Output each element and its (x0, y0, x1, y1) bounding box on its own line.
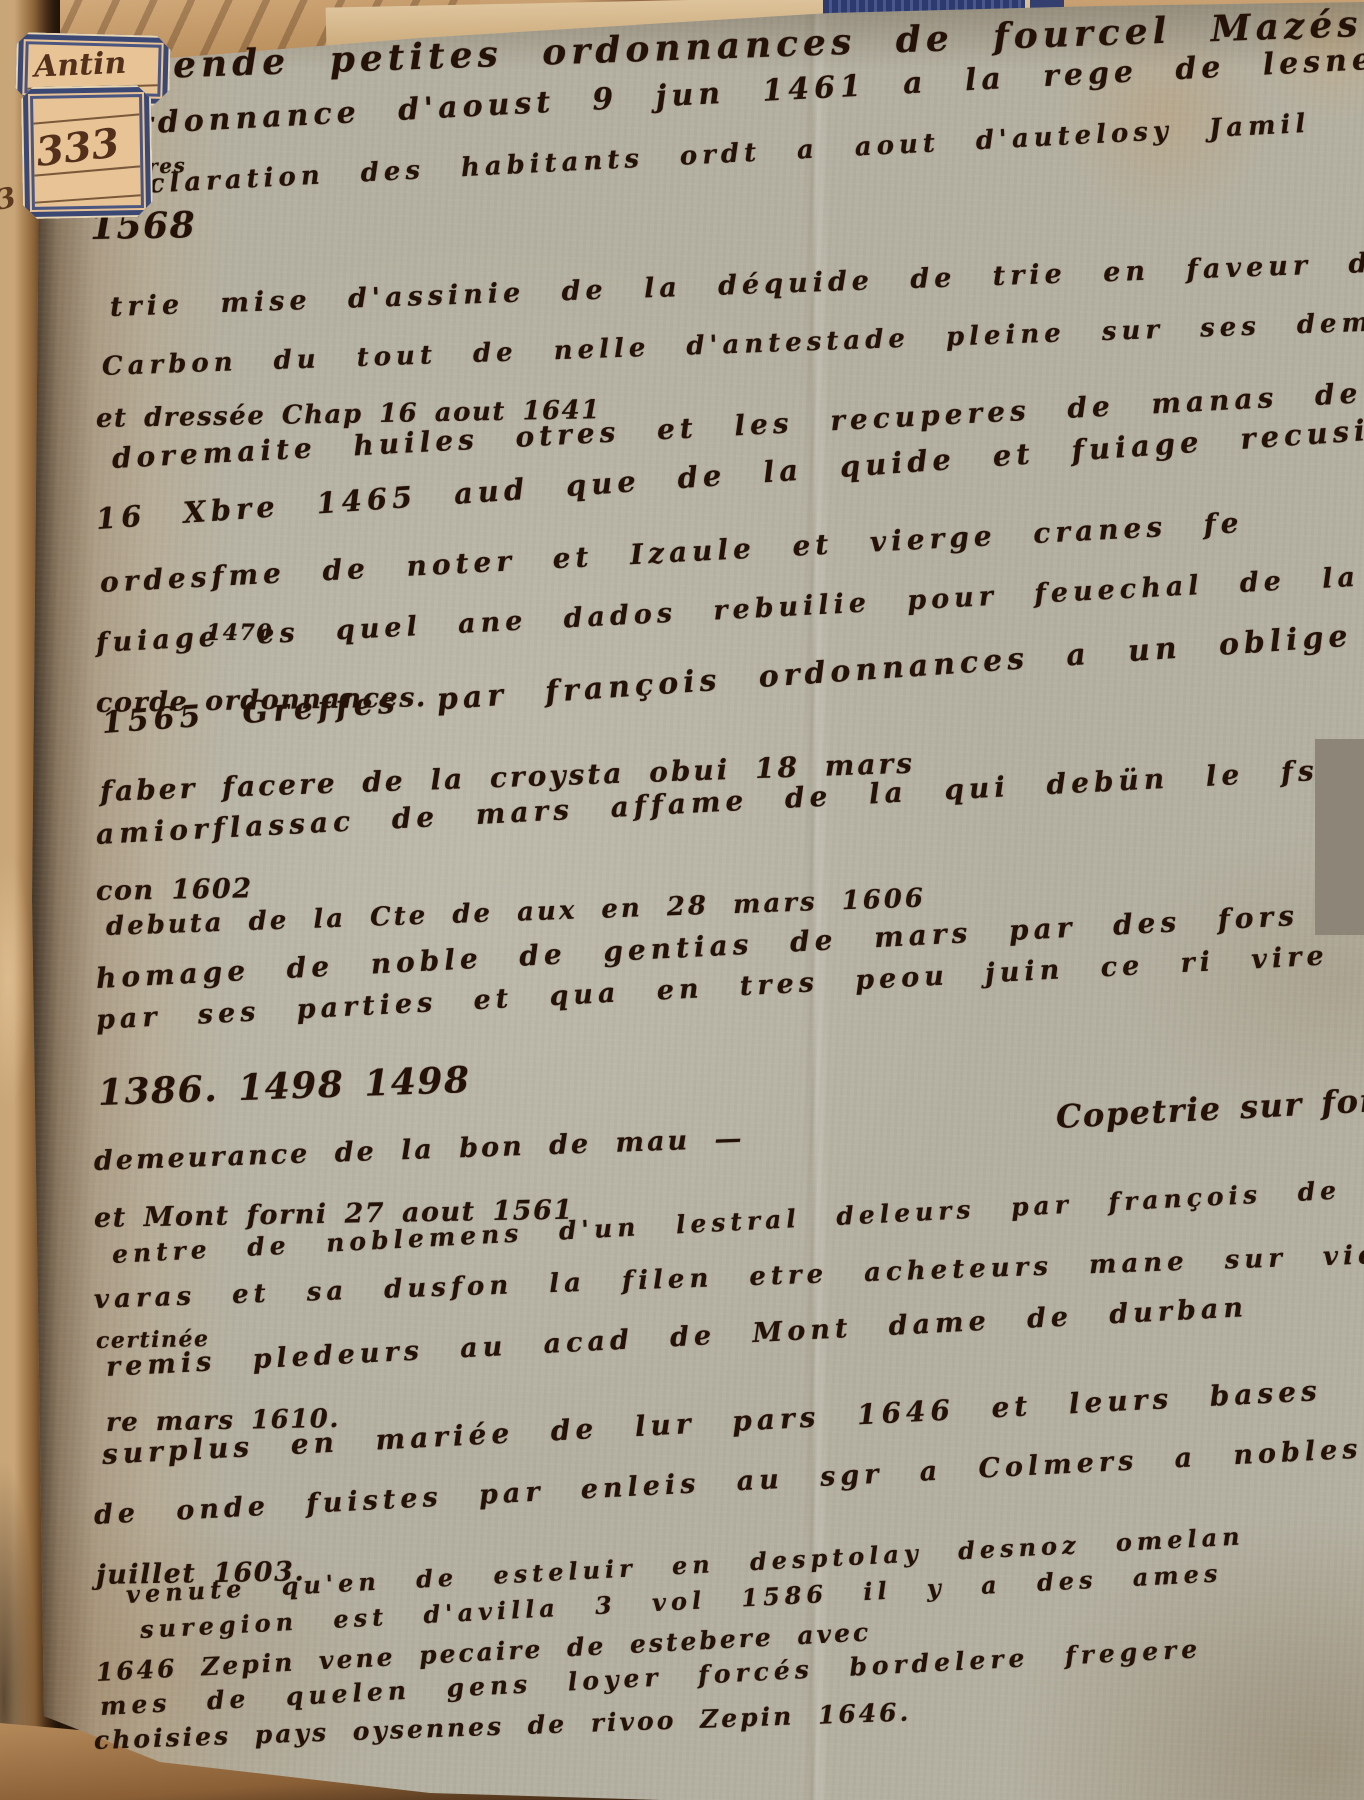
label-rule (35, 194, 141, 203)
archival-label-number: 333 (21, 85, 153, 219)
redaction-patch (1315, 739, 1364, 935)
label-name-text: Antin (33, 46, 127, 85)
manuscript-photo: mende petites ordonnances de fourcel Maz… (0, 0, 1364, 1800)
manuscript-line: con 1602 (96, 873, 253, 907)
blue-label-band-fragment (1030, 0, 1064, 8)
